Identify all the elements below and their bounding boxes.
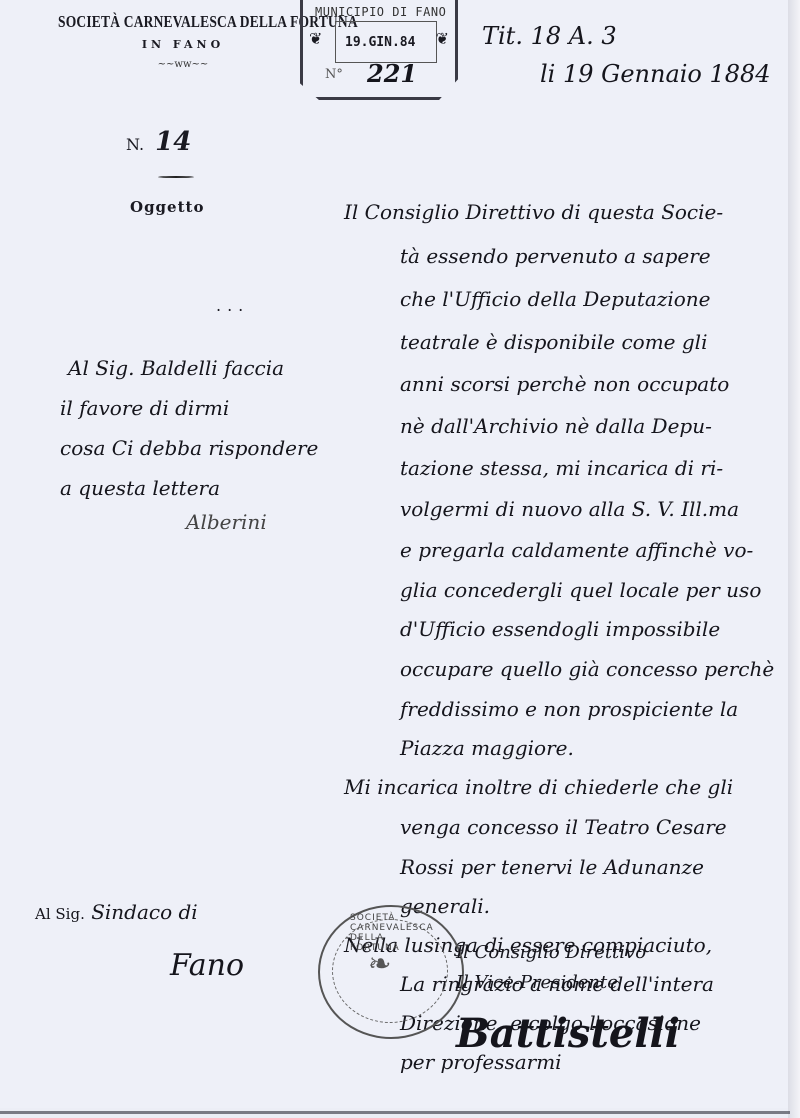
body-line: freddissimo e non prospiciente la: [400, 697, 738, 721]
body-line: tazione stessa, mi incarica di ri-: [400, 456, 723, 480]
letterhead-title: SOCIETÀ CARNEVALESCA DELLA FORTUNA: [58, 12, 308, 32]
subject-dots: ...: [216, 296, 249, 315]
stamp-number: 221: [367, 59, 417, 88]
body-line: Rossi per tenervi le Adunanze: [400, 855, 704, 879]
body-line: glia concedergli quel locale per uso: [400, 578, 761, 602]
note-line: il favore di dirmi: [60, 396, 229, 420]
note-line: cosa Ci debba rispondere: [60, 436, 318, 460]
stamp-date: 19.GIN.84: [345, 35, 415, 50]
protocol-number: N. 14: [126, 127, 191, 157]
ornament-divider: ~~ww~~: [58, 59, 308, 70]
body-line: d'Ufficio essendogli impossibile: [400, 617, 720, 641]
body-line: Mi incarica inoltre di chiederle che gli: [344, 775, 733, 799]
address-city: Fano: [170, 948, 244, 983]
body-line: e pregarla caldamente affinchè vo-: [400, 538, 753, 562]
divider-rule: [158, 176, 194, 178]
protocol-value: 14: [155, 127, 191, 157]
stamp-header: MUNICIPIO DI FANO: [315, 5, 446, 19]
recipient-line: Al Sig. Sindaco di: [35, 900, 198, 924]
body-line: Piazza maggiore.: [400, 736, 574, 760]
note-line: a questa lettera: [60, 476, 220, 500]
body-line: anni scorsi perchè non occupato: [400, 372, 729, 396]
address-prefix: Al Sig.: [35, 905, 85, 923]
page-edge-right: [788, 0, 800, 1118]
seal-emblem-icon: ❧: [368, 947, 391, 980]
protocol-label: N.: [126, 135, 144, 154]
letterhead: SOCIETÀ CARNEVALESCA DELLA FORTUNA IN FA…: [58, 14, 308, 70]
address-recipient: Sindaco di: [91, 900, 198, 924]
reference-code: Tit. 18 A. 3: [482, 22, 617, 50]
body-line: venga concesso il Teatro Cesare: [400, 815, 727, 839]
society-seal: SOCIETÀ CARNEVALESCA DELLA FORTUNA ❧: [318, 905, 464, 1039]
stamp-ornament-icon: ❦: [309, 29, 322, 48]
note-signature: Alberini: [186, 510, 267, 534]
body-line: occupare quello già concesso perchè: [400, 657, 774, 681]
body-line: che l'Ufficio della Deputazione: [400, 287, 711, 311]
closing-council: Il Consiglio Direttivo: [456, 942, 646, 963]
stamp-number-label: N°: [325, 67, 343, 82]
body-line: tà essendo pervenuto a sapere: [400, 244, 711, 268]
note-line: Al Sig. Baldelli faccia: [68, 356, 284, 380]
stamp-ornament-icon: ❦: [436, 29, 449, 48]
closing-title: Il Vice-Presidente: [456, 972, 618, 993]
body-line: Il Consiglio Direttivo di questa Socie-: [344, 200, 723, 224]
page-edge-bottom: [0, 1111, 790, 1114]
body-line: nè dall'Archivio nè dalla Depu-: [400, 414, 712, 438]
body-line: volgermi di nuovo alla S. V. Ill.ma: [400, 497, 739, 521]
subject-label: Oggetto: [130, 198, 204, 216]
letterhead-subtitle: IN FANO: [58, 38, 308, 51]
municipal-stamp: MUNICIPIO DI FANO ❦ ❦ 19.GIN.84 N° 221: [300, 0, 458, 100]
letter-date: li 19 Gennaio 1884: [540, 60, 771, 88]
signature: Battistelli: [456, 1010, 680, 1057]
body-line: teatrale è disponibile come gli: [400, 330, 707, 354]
